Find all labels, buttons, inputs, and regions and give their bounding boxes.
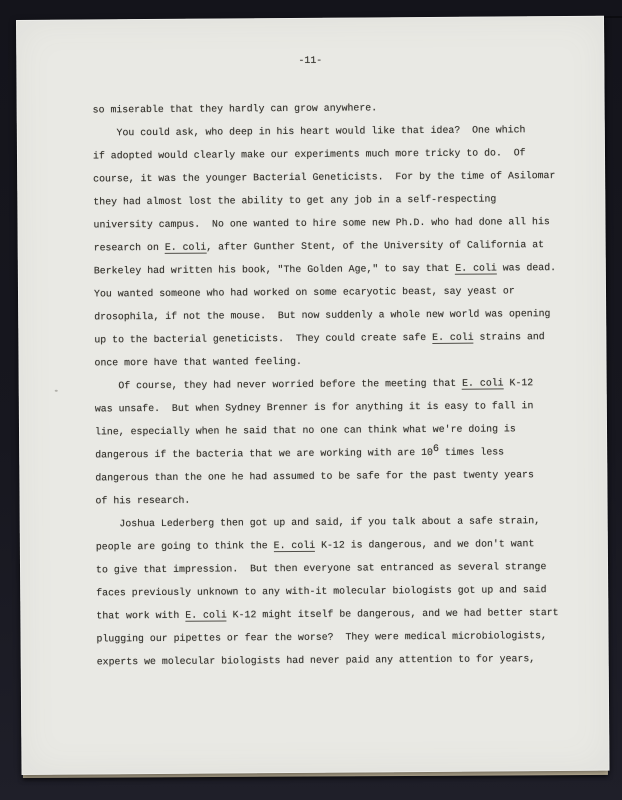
text-segment: Of course, they had never worried before… [95,378,462,392]
text-line: was unsafe. But when Sydney Brenner is f… [95,394,557,420]
text-segment: You could ask, who deep in his heart wou… [93,124,526,138]
text-line: that work with E. coli K-12 might itself… [96,601,558,627]
text-line: You could ask, who deep in his heart wou… [93,118,555,144]
text-line: so miserable that they hardly can grow a… [93,95,555,121]
underlined-text: E. coli [432,332,474,344]
text-line: of his research. [95,486,557,512]
text-segment: K-12 is dangerous, and we don't want [315,538,534,551]
text-segment: research on [94,242,165,254]
text-line: if adopted would clearly make our experi… [93,141,555,167]
text-segment: You wanted someone who had worked on som… [94,285,515,299]
text-segment: that work with [96,610,185,622]
text-segment: Joshua Lederberg then got up and said, i… [96,515,541,529]
text-line: course, it was the younger Bacterial Gen… [93,164,555,190]
text-segment: drosophila, if not the mouse. But now su… [94,308,550,322]
text-line: they had almost lost the ability to get … [93,187,555,213]
text-line: dangerous if the bacteria that we are wo… [95,440,557,466]
text-segment: people are going to think the [96,540,274,552]
text-segment: they had almost lost the ability to get … [93,193,496,207]
underlined-text: E. coli [455,262,497,274]
text-segment: university campus. No one wanted to hire… [93,216,549,230]
text-segment: dangerous if the bacteria that we are wo… [95,447,433,460]
underlined-text: E. coli [185,609,227,621]
text-segment: dangerous than the one he had assumed to… [95,469,534,483]
text-block: so miserable that they hardly can grow a… [93,95,559,673]
stray-ink-mark [55,390,58,392]
photo-backdrop: -11- so miserable that they hardly can g… [0,0,622,800]
text-line: plugging our pipettes or fear the worse?… [96,624,558,650]
text-segment: plugging our pipettes or fear the worse?… [96,630,546,644]
underlined-text: E. coli [274,540,316,552]
text-segment: if adopted would clearly make our experi… [93,147,526,161]
text-line: You wanted someone who had worked on som… [94,279,556,305]
text-line: experts we molecular biologists had neve… [97,647,559,673]
text-line: Berkeley had written his book, "The Gold… [94,256,556,282]
text-line: to give that impression. But then everyo… [96,555,558,581]
text-segment: line, especially when he said that no on… [95,423,516,437]
text-segment: faces previously unknown to any with-it … [96,584,546,598]
underlined-text: E. coli [165,242,207,254]
text-segment: strains and [474,331,545,343]
text-line: people are going to think the E. coli K-… [96,532,558,558]
underlined-text: E. coli [462,377,504,389]
text-line: dangerous than the one he had assumed to… [95,463,557,489]
text-line: Joshua Lederberg then got up and said, i… [96,509,558,535]
text-segment: was dead. [497,262,556,273]
superscript-text: 6 [433,443,439,454]
text-segment: was unsafe. But when Sydney Brenner is f… [95,400,534,414]
text-segment: up to the bacterial geneticists. They co… [94,332,432,345]
text-segment: K-12 might itself be dangerous, and we h… [227,607,559,620]
text-segment: to give that impression. But then everyo… [96,561,546,575]
text-segment: course, it was the younger Bacterial Gen… [93,170,555,184]
text-segment: once more have that wanted feeling. [94,356,301,369]
text-line: up to the bacterial geneticists. They co… [94,325,556,351]
text-segment: of his research. [95,495,190,507]
text-line: university campus. No one wanted to hire… [93,210,555,236]
page-number: -11- [16,47,604,74]
text-segment: times less [439,446,504,457]
text-segment: , after Gunther Stent, of the University… [206,239,544,252]
text-line: faces previously unknown to any with-it … [96,578,558,604]
text-line: once more have that wanted feeling. [94,348,556,374]
text-line: line, especially when he said that no on… [95,417,557,443]
text-line: research on E. coli, after Gunther Stent… [94,233,556,259]
text-segment: experts we molecular biologists had neve… [97,653,536,667]
document-page: -11- so miserable that they hardly can g… [16,16,610,775]
text-line: Of course, they had never worried before… [95,371,557,397]
text-segment: so miserable that they hardly can grow a… [93,102,378,115]
text-segment: K-12 [504,377,534,388]
text-line: drosophila, if not the mouse. But now su… [94,302,556,328]
text-segment: Berkeley had written his book, "The Gold… [94,263,456,277]
